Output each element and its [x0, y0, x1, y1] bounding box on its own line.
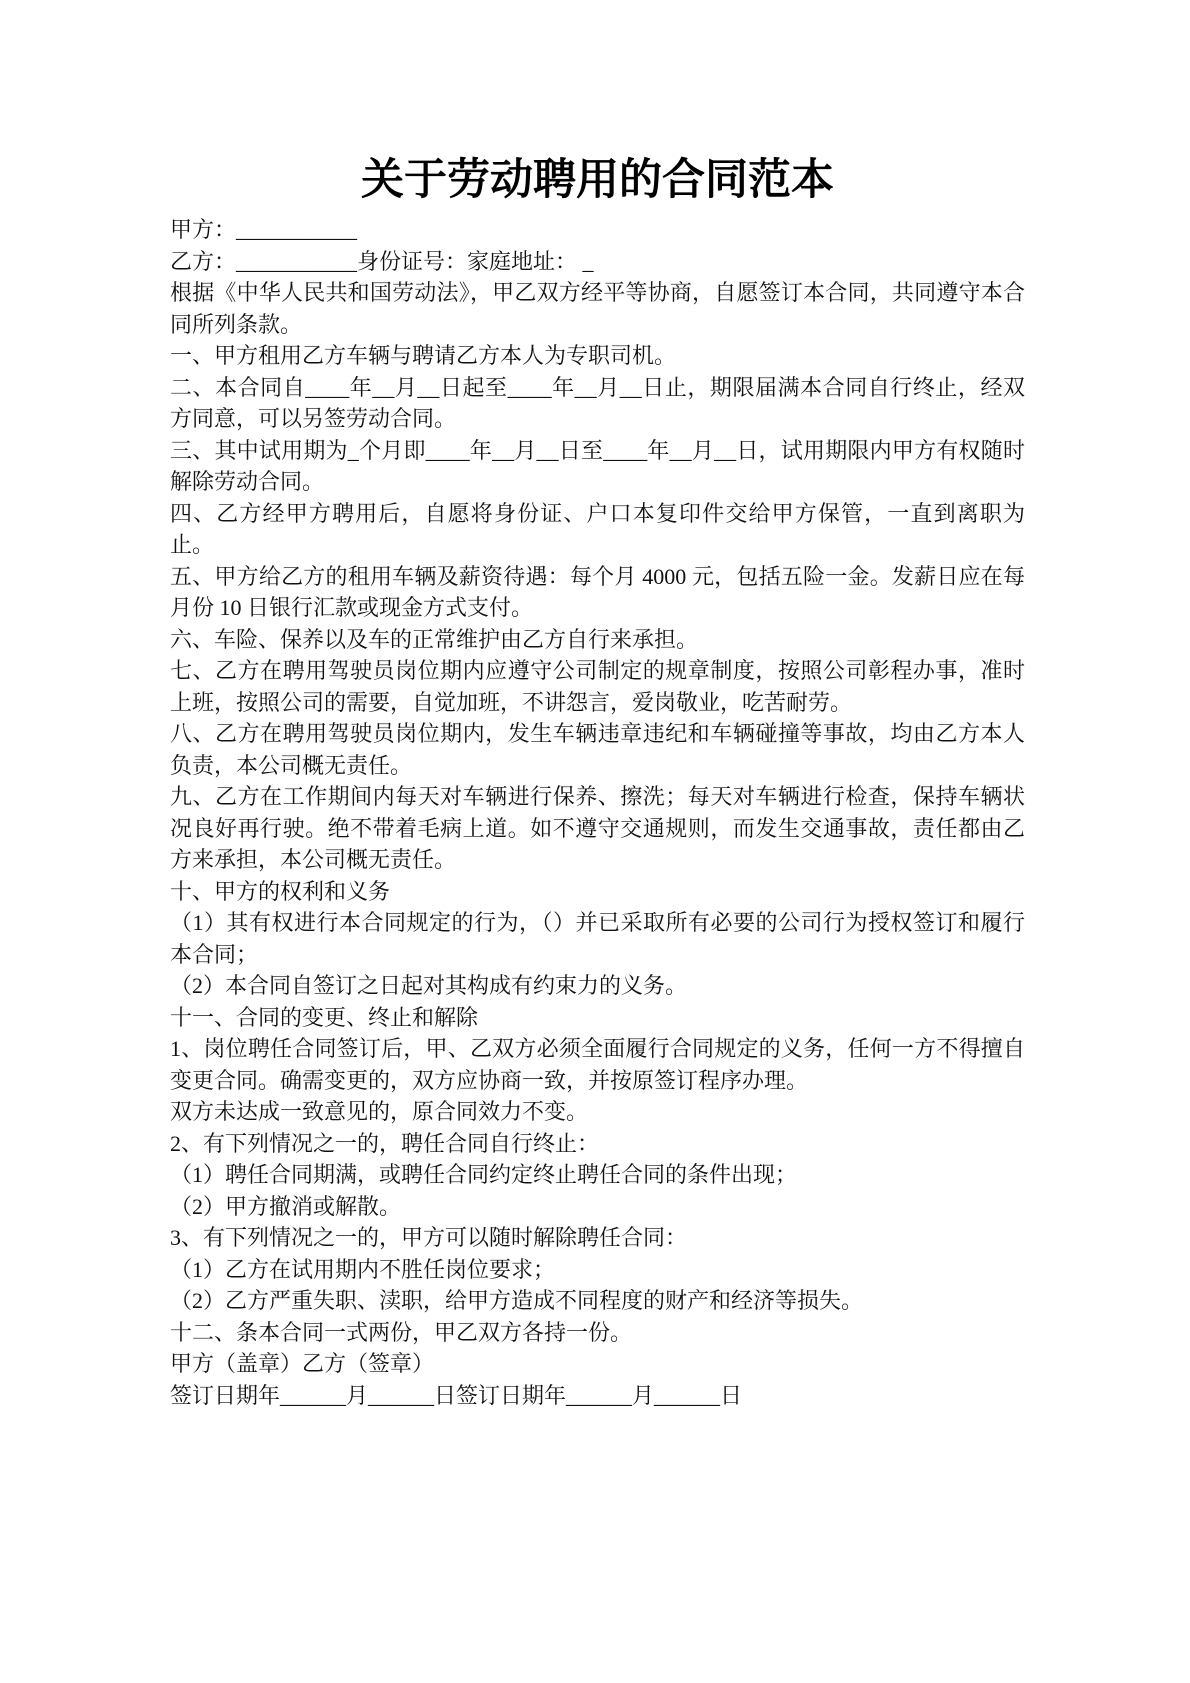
clause-11-rule-2-item-2: （2）甲方撤消或解散。	[170, 1191, 1025, 1223]
clause-10-item-1: （1）其有权进行本合同规定的行为，（）并已采取所有必要的公司行为授权签订和履行本…	[170, 907, 1025, 970]
clause-6: 六、车险、保养以及车的正常维护由乙方自行来承担。	[170, 624, 1025, 656]
clause-11-rule-3-item-2: （2）乙方严重失职、渎职，给甲方造成不同程度的财产和经济等损失。	[170, 1285, 1025, 1317]
contract-content: 关于劳动聘用的合同范本 甲方：___________ 乙方：__________…	[0, 0, 1190, 1411]
date-line: 签订日期年______月______日签订日期年______月______日	[170, 1380, 1025, 1412]
contract-page: 关于劳动聘用的合同范本 甲方：___________ 乙方：__________…	[0, 0, 1190, 1683]
clause-9: 九、乙方在工作期间内每天对车辆进行保养、擦洗；每天对车辆进行检查，保持车辆状况良…	[170, 781, 1025, 876]
party-b-line: 乙方：___________身份证号：家庭地址： _	[170, 246, 1025, 278]
clause-7: 七、乙方在聘用驾驶员岗位期内应遵守公司制定的规章制度，按照公司彰程办事，准时上班…	[170, 655, 1025, 718]
clause-12: 十二、条本合同一式两份，甲乙双方各持一份。	[170, 1317, 1025, 1349]
clause-10-item-2: （2）本合同自签订之日起对其构成有约束力的义务。	[170, 970, 1025, 1002]
clause-11-rule-3: 3、有下列情况之一的，甲方可以随时解除聘任合同：	[170, 1222, 1025, 1254]
clause-11-rule-2-item-1: （1）聘任合同期满，或聘任合同约定终止聘任合同的条件出现；	[170, 1159, 1025, 1191]
party-a-line: 甲方：___________	[170, 214, 1025, 246]
clause-5: 五、甲方给乙方的租用车辆及薪资待遇：每个月 4000 元，包括五险一金。发薪日应…	[170, 561, 1025, 624]
clause-2: 二、本合同自____年__月__日起至____年__月__日止，期限届满本合同自…	[170, 372, 1025, 435]
clause-11-rule-1: 1、岗位聘任合同签订后，甲、乙双方必须全面履行合同规定的义务，任何一方不得擅自变…	[170, 1033, 1025, 1096]
preamble: 根据《中华人民共和国劳动法》，甲乙双方经平等协商，自愿签订本合同，共同遵守本合同…	[170, 277, 1025, 340]
contract-body: 甲方：___________ 乙方：___________身份证号：家庭地址： …	[170, 214, 1025, 1411]
clause-11-rule-3-item-1: （1）乙方在试用期内不胜任岗位要求；	[170, 1254, 1025, 1286]
clause-11-rule-1-note: 双方未达成一致意见的，原合同效力不变。	[170, 1096, 1025, 1128]
clause-4: 四、乙方经甲方聘用后，自愿将身份证、户口本复印件交给甲方保管，一直到离职为止。	[170, 498, 1025, 561]
document-title: 关于劳动聘用的合同范本	[170, 150, 1025, 212]
clause-11-rule-2: 2、有下列情况之一的，聘任合同自行终止：	[170, 1128, 1025, 1160]
signature-line: 甲方（盖章）乙方（签章）	[170, 1348, 1025, 1380]
clause-11-heading: 十一、合同的变更、终止和解除	[170, 1002, 1025, 1034]
clause-3: 三、其中试用期为_个月即____年__月__日至____年__月__日，试用期限…	[170, 435, 1025, 498]
clause-1: 一、甲方租用乙方车辆与聘请乙方本人为专职司机。	[170, 340, 1025, 372]
clause-10-heading: 十、甲方的权利和义务	[170, 876, 1025, 908]
clause-8: 八、乙方在聘用驾驶员岗位期内，发生车辆违章违纪和车辆碰撞等事故，均由乙方本人负责…	[170, 718, 1025, 781]
